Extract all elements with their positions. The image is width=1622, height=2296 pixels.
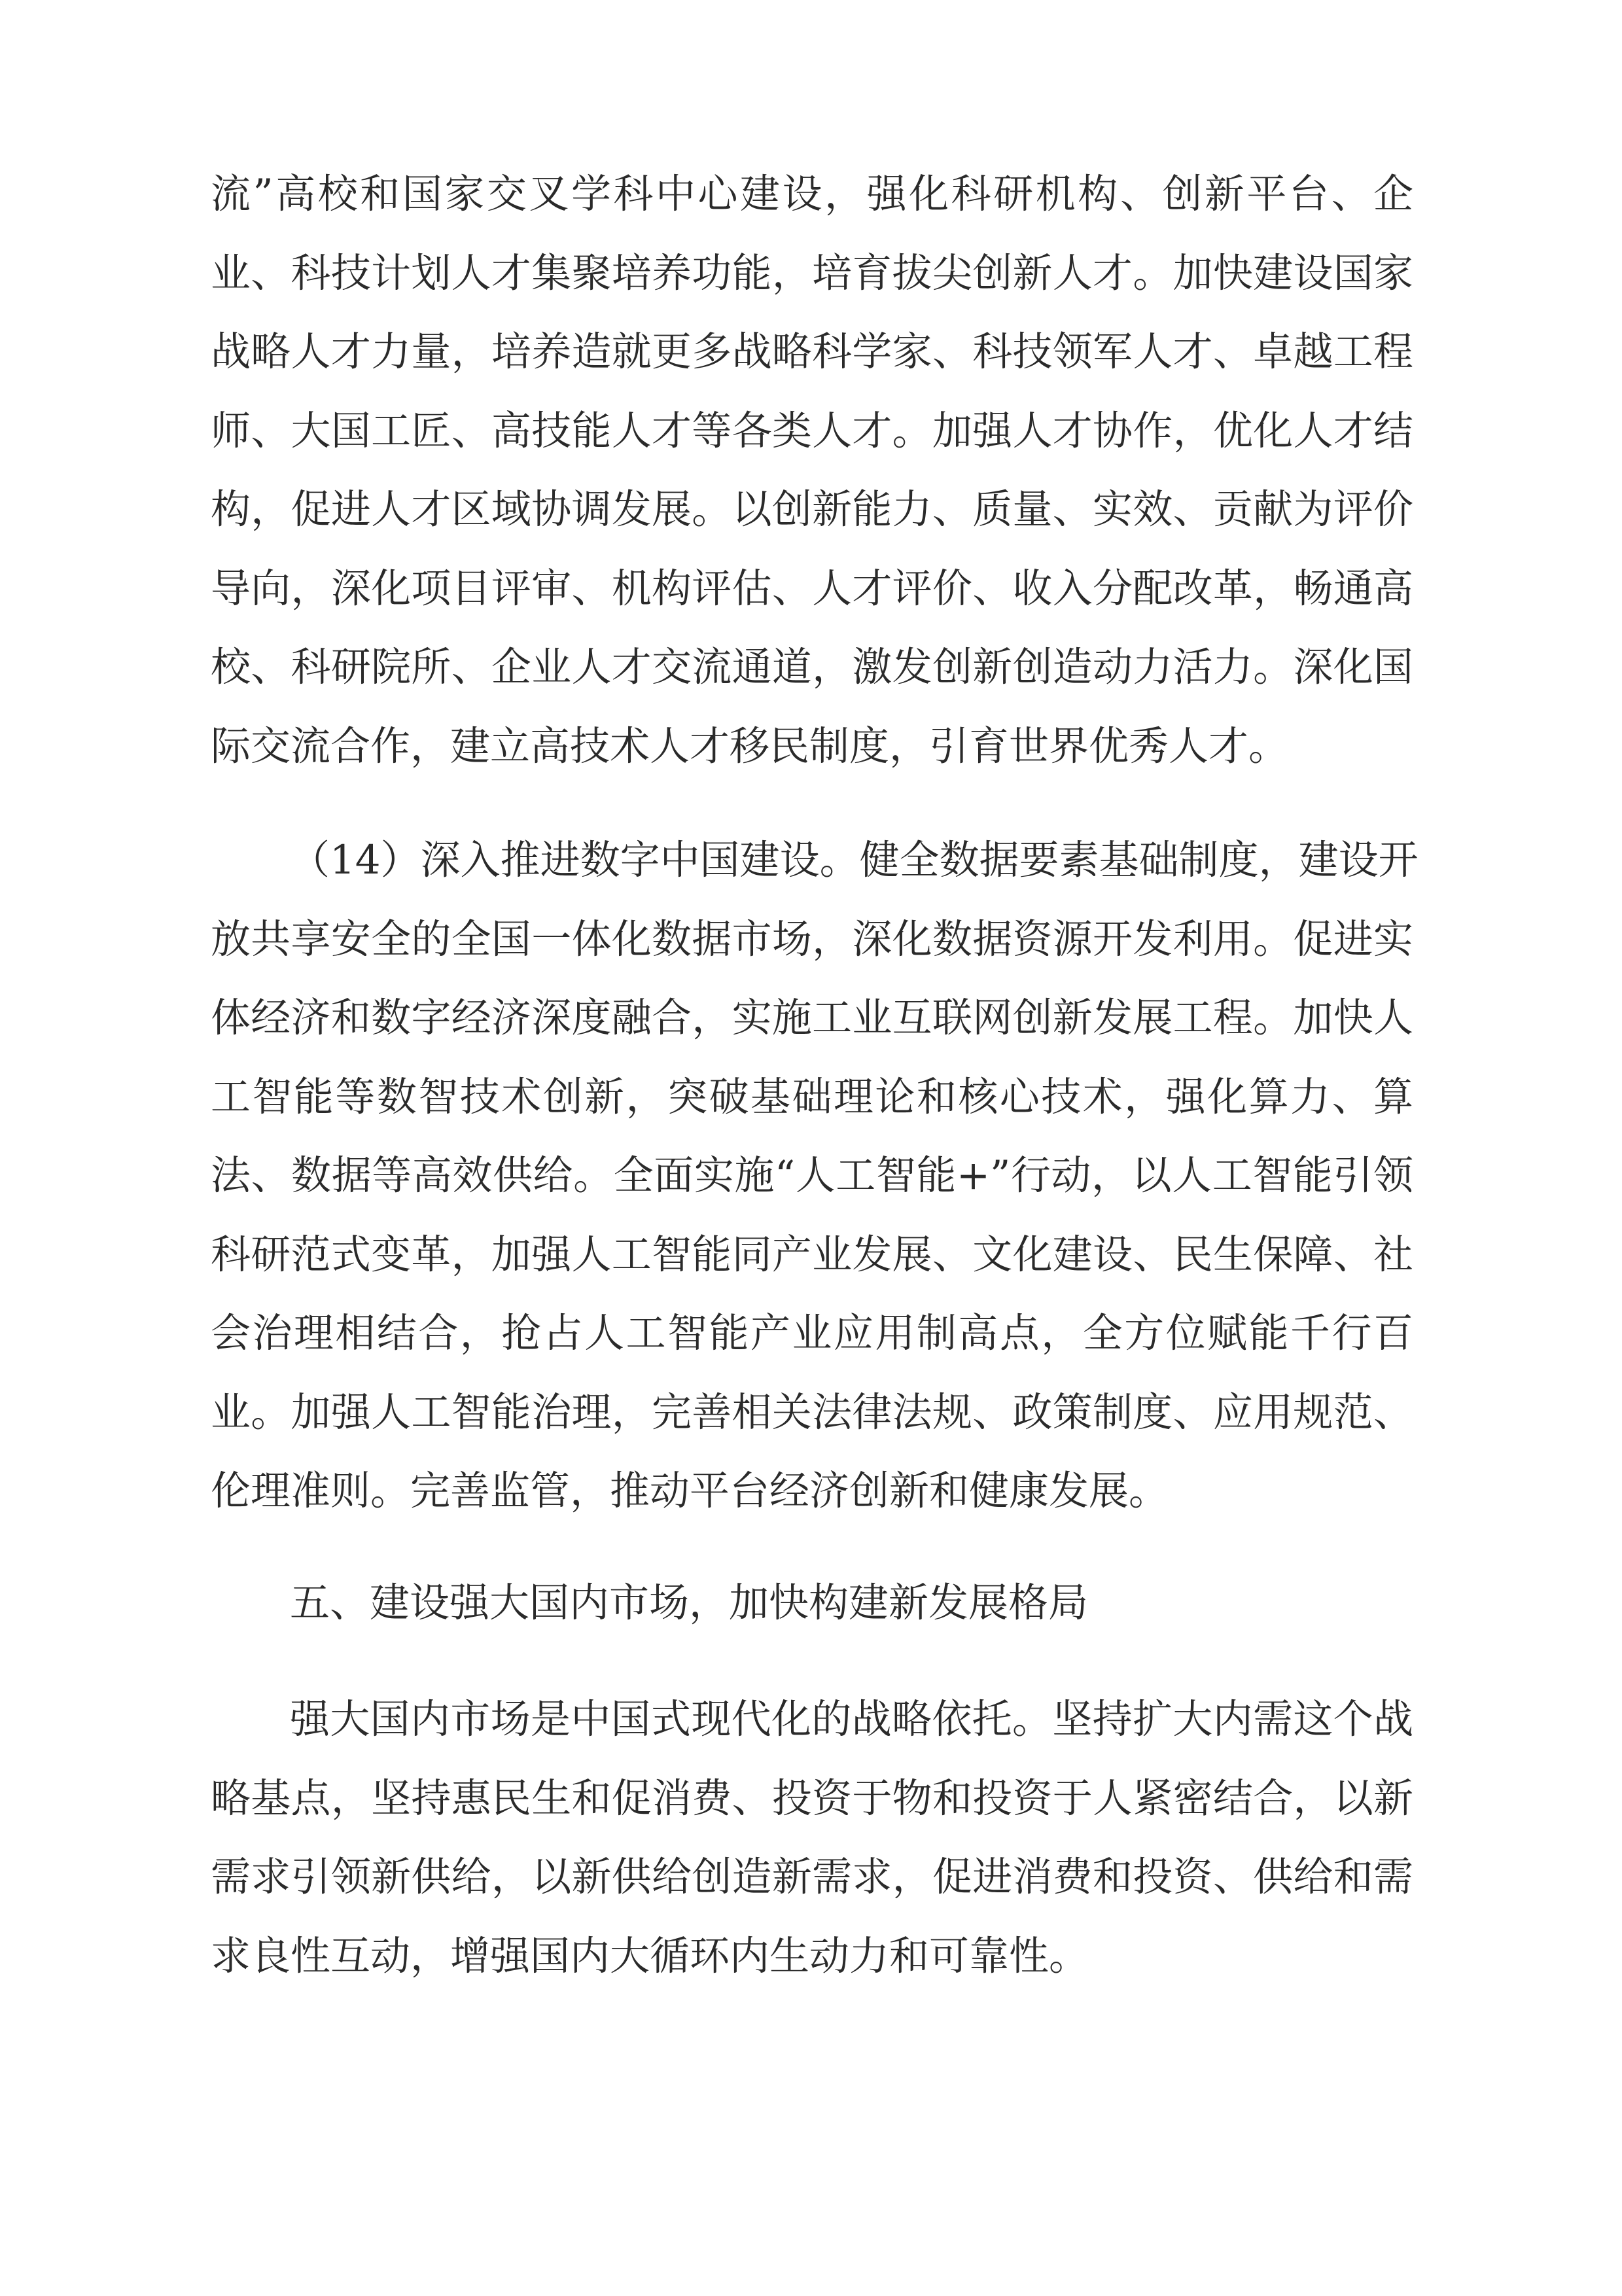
text-line: 业。加强人工智能治理，完善相关法律法规、政策制度、应用规范、 bbox=[211, 1373, 1413, 1453]
text-line: 际交流合作，建立高技术人才移民制度，引育世界优秀人才。 bbox=[211, 707, 1413, 786]
paragraph-domestic-market: 强大国内市场是中国式现代化的战略依托。坚持扩大内需这个战 略基点，坚持惠民生和促… bbox=[211, 1680, 1413, 1996]
text-line: 强大国内市场是中国式现代化的战略依托。坚持扩大内需这个战 bbox=[211, 1680, 1413, 1759]
text-line: 略基点，坚持惠民生和促消费、投资于物和投资于人紧密结合，以新 bbox=[211, 1759, 1413, 1839]
text-line: 会治理相结合，抢占人工智能产业应用制高点，全方位赋能千行百 bbox=[211, 1294, 1413, 1373]
text-line: 求良性互动，增强国内大循环内生动力和可靠性。 bbox=[211, 1917, 1413, 1996]
text-line: 导向，深化项目评审、机构评估、人才评价、收入分配改革，畅通高 bbox=[211, 550, 1413, 629]
text-line: 体经济和数字经济深度融合，实施工业互联网创新发展工程。加快人 bbox=[211, 979, 1413, 1058]
text-line: 科研范式变革，加强人工智能同产业发展、文化建设、民生保障、社 bbox=[211, 1216, 1413, 1295]
text-line: 放共享安全的全国一体化数据市场，深化数据资源开发利用。促进实 bbox=[211, 900, 1413, 980]
text-line: 工智能等数智技术创新，突破基础理论和核心技术，强化算力、算 bbox=[211, 1058, 1413, 1137]
paragraph-digital-china: （14）深入推进数字中国建设。健全数据要素基础制度，建设开 放共享安全的全国一体… bbox=[211, 821, 1413, 1531]
text-line: （14）深入推进数字中国建设。健全数据要素基础制度，建设开 bbox=[211, 821, 1413, 900]
text-line: 法、数据等高效供给。全面实施“人工智能+”行动，以人工智能引领 bbox=[211, 1137, 1413, 1216]
text-line: 业、科技计划人才集聚培养功能，培育拔尖创新人才。加快建设国家 bbox=[211, 234, 1413, 313]
text-line: 流”高校和国家交叉学科中心建设，强化科研机构、创新平台、企 bbox=[211, 155, 1413, 234]
paragraph-talent: 流”高校和国家交叉学科中心建设，强化科研机构、创新平台、企 业、科技计划人才集聚… bbox=[211, 155, 1413, 786]
text-line: 师、大国工匠、高技能人才等各类人才。加强人才协作，优化人才结 bbox=[211, 392, 1413, 471]
section-heading: 五、建设强大国内市场，加快构建新发展格局 bbox=[211, 1564, 1413, 1643]
text-line: 校、科研院所、企业人才交流通道，激发创新创造动力活力。深化国 bbox=[211, 628, 1413, 707]
section-heading-text: 五、建设强大国内市场，加快构建新发展格局 bbox=[211, 1564, 1413, 1643]
text-line: 构，促进人才区域协调发展。以创新能力、质量、实效、贡献为评价 bbox=[211, 470, 1413, 550]
text-line: 战略人才力量，培养造就更多战略科学家、科技领军人才、卓越工程 bbox=[211, 313, 1413, 392]
text-line: 需求引领新供给，以新供给创造新需求，促进消费和投资、供给和需 bbox=[211, 1838, 1413, 1917]
text-line: 伦理准则。完善监管，推动平台经济创新和健康发展。 bbox=[211, 1452, 1413, 1531]
document-page: 流”高校和国家交叉学科中心建设，强化科研机构、创新平台、企 业、科技计划人才集聚… bbox=[0, 0, 1622, 2296]
